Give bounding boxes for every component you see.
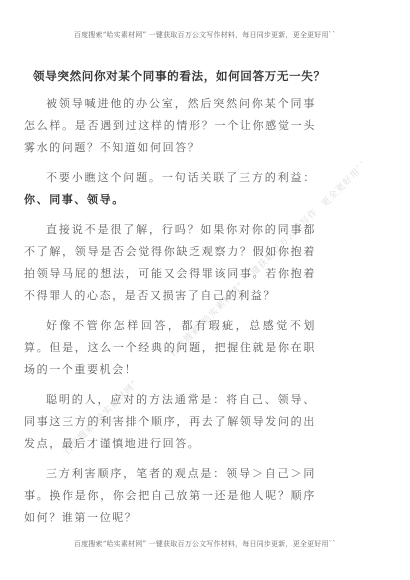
paragraph: 不要小瞧这个问题。一句话关联了三方的利益：你、同事、领导。	[24, 167, 316, 211]
document-page: 领导突然问你对某个同事的看法，如何回答万无一失？ 被领导喊进他的办公室，然后突然…	[24, 66, 316, 529]
paragraph: 被领导喊进他的办公室，然后突然问你某个同事怎么样。是否遇到过这样的情形？一个让你…	[24, 93, 316, 159]
paragraph: 聪明的人，应对的方法通常是：将自己、领导、同事这三方的利害排个顺序，再去了解领导…	[24, 389, 316, 455]
header-banner: 百度搜索“哈实素材网” 一键获取百万公文写作材料，每日同步更新，更全更好用``	[0, 30, 410, 40]
article-title: 领导突然问你对某个同事的看法，如何回答万无一失？	[33, 66, 316, 86]
paragraph: 好像不管你怎样回答，都有瑕疵，总感觉不划算。但是，这么一个经典的问题，把握住就是…	[24, 315, 316, 381]
bold-emphasis: 你、同事、领导。	[24, 193, 125, 206]
footer-banner: 百度搜索“哈实素材网” 一键获取百万公文写作材料，每日同步更新，更全更好用``	[0, 539, 410, 549]
watermark: 更全更好用``	[318, 157, 370, 209]
paragraph-text: 不要小瞧这个问题。一句话关联了三方的利益：	[46, 171, 316, 184]
paragraph: 三方利害顺序，笔者的观点是：领导＞自己＞同事。换作是你，你会把自己放第一还是他人…	[24, 463, 316, 529]
paragraph: 直接说不是很了解，行吗？如果你对你的同事都不了解，领导是否会觉得你缺乏观察力？假…	[24, 219, 316, 307]
